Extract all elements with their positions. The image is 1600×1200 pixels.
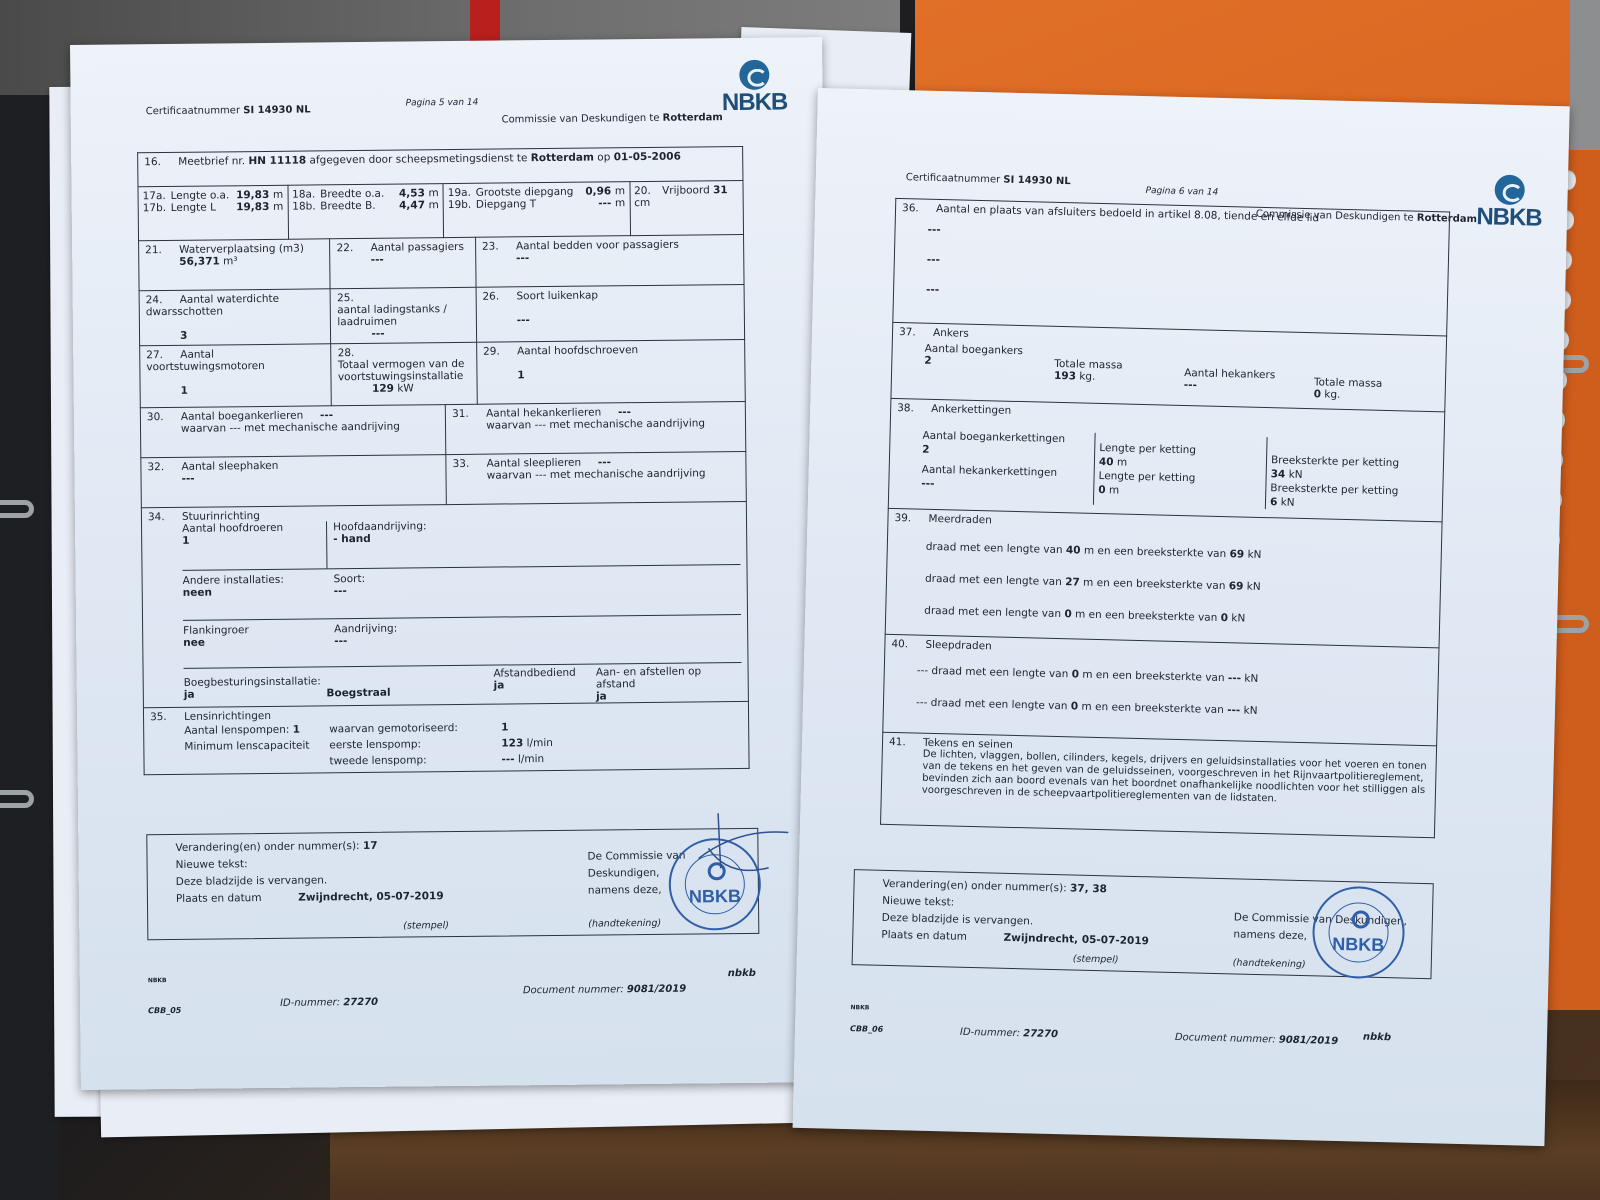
row-31: 31.Aantal hekankerlieren ---waarvan --- …	[445, 401, 745, 454]
row-21: 21.Waterverplaatsing (m3)56,371 m³	[139, 239, 331, 291]
row-25: 25.aantal ladingstanks / laadruimen---	[330, 287, 476, 344]
row-41: 41.Tekens en seinen De lichten, vlaggen,…	[881, 732, 1437, 838]
row-36: 36.Aantal en plaats van afsluiters bedoe…	[893, 198, 1450, 335]
footer-id: ID-nummer: 27270	[280, 997, 378, 1009]
binder-ring	[0, 500, 34, 518]
footer-brand: nbkb	[1363, 1032, 1391, 1044]
certificate-number: Certificaatnummer SI 14930 NL	[146, 104, 311, 117]
row-28: 28.Totaal vermogen van de voortstuwingsi…	[331, 342, 477, 406]
signature-scribble	[678, 807, 799, 888]
certificate-page-6: Certificaatnummer SI 14930 NL Pagina 6 v…	[793, 88, 1570, 1146]
row-29: 29.Aantal hoofdschroeven1	[476, 339, 745, 404]
row-26: 26.Soort luikenkap---	[476, 284, 745, 342]
signature-label: (handtekening)	[588, 915, 661, 933]
row-22: 22.Aantal passagiers---	[330, 237, 476, 289]
signature-label: (handtekening)	[1233, 954, 1306, 973]
footer-code: CBB_06	[850, 1024, 883, 1034]
row-34: 34.Stuurinrichting Aantal hoofdroeren1 H…	[141, 501, 748, 707]
certificate-number: Certificaatnummer SI 14930 NL	[906, 172, 1071, 187]
row-33: 33.Aantal sleeplieren ---waarvan --- met…	[446, 451, 746, 504]
row-39: 39.Meerdraden draad met een lengte van 4…	[885, 508, 1442, 647]
footer-brand: nbkb	[728, 968, 756, 979]
equipment-table: 36.Aantal en plaats van afsluiters bedoe…	[880, 198, 1450, 838]
row-20: 20.Vrijboord 31 cm	[629, 180, 743, 235]
commission-line: Commissie van Deskundigen te Rotterdam	[502, 112, 723, 125]
footer-small-logo: NBKB	[850, 1001, 869, 1012]
row-27: 27.Aantal voortstuwingsmotoren1	[140, 344, 332, 408]
certificate-page-5: Certificaatnummer SI 14930 NL Pagina 5 v…	[70, 37, 833, 1090]
nbkb-logo: NBKB	[714, 59, 795, 116]
footer-id: ID-nummer: 27270	[960, 1027, 1058, 1040]
row-30: 30.Aantal boegankerlieren ---waarvan ---…	[140, 405, 446, 458]
change-box: Verandering(en) onder nummer(s): 17 Nieu…	[146, 828, 759, 940]
footer-small-logo: NBKB	[148, 974, 167, 985]
row-40: 40.Sleepdraden --- draad met een lengte …	[883, 634, 1439, 746]
page-header: Certificaatnummer SI 14930 NL Pagina 6 v…	[906, 152, 1528, 167]
binder-ring	[0, 790, 34, 808]
footer-document-number: Document nummer: 9081/2019	[1175, 1032, 1339, 1047]
row-18: 18a.Breedte o.a. 4,53 m 18b.Breedte B. 4…	[288, 184, 444, 240]
row-17: 17a.Lengte o.a. 19,83 m 17b.Lengte L 19,…	[138, 185, 288, 241]
nbkb-logo: NBKB	[1469, 174, 1550, 232]
row-24: 24.Aantal waterdichte dwarsschotten3	[139, 289, 331, 346]
stamp-label: (stempel)	[1073, 950, 1119, 968]
footer-document-number: Document nummer: 9081/2019	[523, 984, 686, 997]
row-38: 38.Ankerkettingen Aantal boegankerkettin…	[888, 398, 1445, 522]
row-19: 19a.Grootste diepgang 0,96 m 19b.Diepgan…	[443, 182, 630, 238]
vessel-data-table: 16.Meetbrief nr. HN 11118 afgegeven door…	[137, 146, 749, 775]
stamp-label: (stempel)	[403, 917, 449, 934]
wave-logo-icon	[1494, 175, 1525, 206]
page-number: Pagina 6 van 14	[1145, 186, 1218, 198]
row-32: 32.Aantal sleephaken---	[141, 455, 447, 508]
footer-code: CBB_05	[148, 1006, 181, 1015]
wave-logo-icon	[739, 60, 769, 90]
page-header: Certificaatnummer SI 14930 NL Pagina 5 v…	[146, 100, 783, 107]
row-37: 37.Ankers Aantal boegankers2 Totale mass…	[891, 322, 1447, 412]
page-number: Pagina 5 van 14	[406, 98, 479, 109]
row-23: 23.Aantal bedden voor passagiers---	[475, 234, 744, 287]
row-35: 35.Lensinrichtingen Aantal lenspompen: 1…	[143, 701, 749, 774]
